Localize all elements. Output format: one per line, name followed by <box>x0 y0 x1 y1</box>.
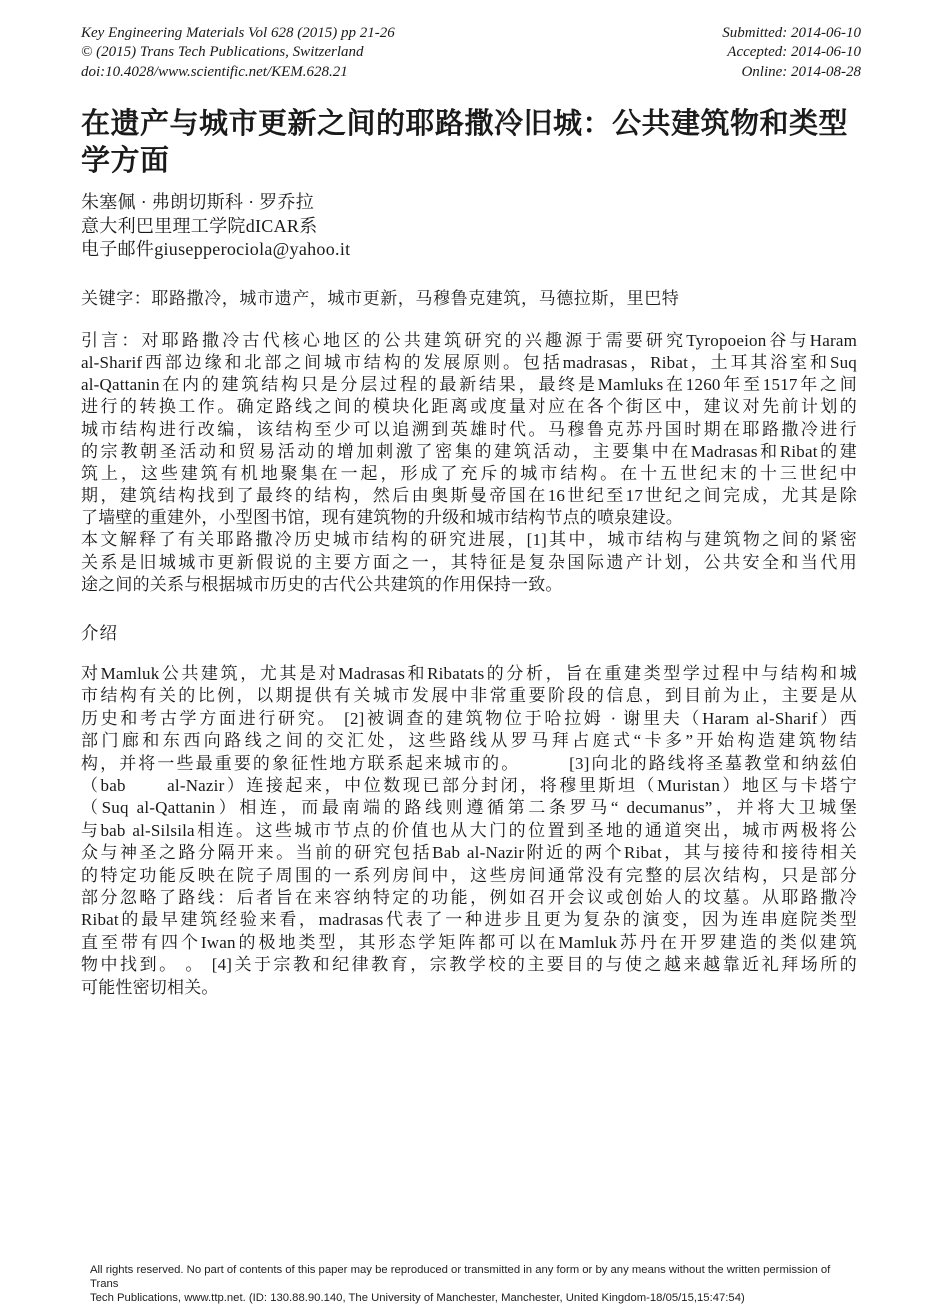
copyright-footer-line: All rights reserved. No part of contents… <box>90 1264 858 1292</box>
body-paragraph: 对Mamluk公共建筑，尤其是对Madrasas和Ribatats的分析，旨在重… <box>81 663 857 999</box>
author-line: 电子邮件giusepperociola@yahoo.it <box>81 238 350 262</box>
keywords-line: 关键字：耶路撒冷，城市遗产，城市更新，马穆鲁克建筑，马德拉斯，里巴特 <box>81 284 679 309</box>
text-line: 可能性密切相关。 <box>81 977 857 999</box>
text-line: 的特定功能反映在院子周围的一系列房间中，这些房间通常没有完整的层次结构，只是部分 <box>81 865 857 887</box>
text-line: 引言：对耶路撒冷古代核心地区的公共建筑研究的兴趣源于需要研究Tyropoeion… <box>81 330 857 352</box>
introduction-paragraph: 引言：对耶路撒冷古代核心地区的公共建筑研究的兴趣源于需要研究Tyropoeion… <box>81 330 857 596</box>
text-line: 物中找到。 。 [4]关于宗教和纪律教育，宗教学校的主要目的与使之越来越靠近礼拜… <box>81 954 857 976</box>
text-line: 部门廊和东西向路线之间的交汇处，这些路线从罗马拜占庭式“卡多”开始构造建筑物结 <box>81 730 857 752</box>
submission-date-line: Submitted: 2014-06-10 <box>722 24 861 43</box>
text-line: 关系是旧城城市更新假说的主要方面之一，其特征是复杂国际遗产计划，公共安全和当代用 <box>81 552 857 574</box>
text-line: （Suq al-Qattanin）相连，而最南端的路线则遵循第二条罗马“ dec… <box>81 797 857 819</box>
text-line: 本文解释了有关耶路撒冷历史城市结构的研究进展，[1]其中，城市结构与建筑物之间的… <box>81 529 857 551</box>
copyright-footer-line: Tech Publications, www.ttp.net. (ID: 130… <box>90 1292 858 1306</box>
author-line: 意大利巴里理工学院dICAR系 <box>81 215 350 239</box>
text-line: 城市结构进行改编，该结构至少可以追溯到英雄时代。马穆鲁克苏丹国时期在耶路撒冷进行 <box>81 419 857 441</box>
text-line: （bab al-Nazir）连接起来，中位数现已部分封闭，将穆里斯坦（Muris… <box>81 775 857 797</box>
text-line: 进行的转换工作。确定路线之间的模块化距离或度量对应在各个街区中，建议对先前计划的 <box>81 396 857 418</box>
text-line: 与bab al-Silsila相连。这些城市节点的价值也从大门的位置到圣地的通道… <box>81 820 857 842</box>
journal-header-line: © (2015) Trans Tech Publications, Switze… <box>81 43 395 62</box>
journal-header-line: doi:10.4028/www.scientific.net/KEM.628.2… <box>81 63 395 82</box>
submission-date-line: Accepted: 2014-06-10 <box>722 43 861 62</box>
text-line: 历史和考古学方面进行研究。 [2]被调查的建筑物位于哈拉姆 · 谢里夫（Hara… <box>81 708 857 730</box>
author-line: 朱塞佩 · 弗朗切斯科 · 罗乔拉 <box>81 191 350 215</box>
text-line: 众与神圣之路分隔开来。当前的研究包括Bab al-Nazir附近的两个Ribat… <box>81 842 857 864</box>
paper-title: 在遗产与城市更新之间的耶路撒冷旧城：公共建筑物和类型学方面 <box>81 106 859 180</box>
journal-header-right: Submitted: 2014-06-10Accepted: 2014-06-1… <box>722 24 861 82</box>
copyright-footer: All rights reserved. No part of contents… <box>90 1264 858 1305</box>
section-heading: 介绍 <box>81 620 118 645</box>
text-line: Ribat的最早建筑经验来看，madrasas代表了一种进步且更为复杂的演变，因… <box>81 909 857 931</box>
journal-header: Key Engineering Materials Vol 628 (2015)… <box>81 24 861 82</box>
text-line: 途之间的关系与根据城市历史的古代公共建筑的作用保持一致。 <box>81 574 857 596</box>
text-line: al-Sharif西部边缘和北部之间城市结构的发展原则。包括madrasas，R… <box>81 352 857 374</box>
text-line: 构，并将一些最重要的象征性地方联系起来城市的。 [3]向北的路线将圣墓教堂和纳兹… <box>81 753 857 775</box>
paper-title-line: 在遗产与城市更新之间的耶路撒冷旧城：公共建筑物和类型 <box>81 106 859 143</box>
author-block: 朱塞佩 · 弗朗切斯科 · 罗乔拉意大利巴里理工学院dICAR系电子邮件gius… <box>81 191 350 262</box>
paper-title-line: 学方面 <box>81 143 859 180</box>
text-line: 筑上，这些建筑有机地聚集在一起，形成了充斥的城市结构。在十五世纪末的十三世纪中 <box>81 463 857 485</box>
text-line: 期，建筑结构找到了最终的结构，然后由奥斯曼帝国在16世纪至17世纪之间完成，尤其… <box>81 485 857 507</box>
journal-header-left: Key Engineering Materials Vol 628 (2015)… <box>81 24 395 82</box>
text-line: 的宗教朝圣活动和贸易活动的增加刺激了密集的建筑活动，主要集中在Madrasas和… <box>81 441 857 463</box>
text-line: 直至带有四个Iwan的极地类型，其形态学矩阵都可以在Mamluk苏丹在开罗建造的… <box>81 932 857 954</box>
paper-page: { "header": { "left_lines": [ "Key Engin… <box>0 0 925 1309</box>
text-line: 部分忽略了路线：后者旨在来容纳特定的功能，例如召开会议或创始人的坟墓。从耶路撒冷 <box>81 887 857 909</box>
text-line: 对Mamluk公共建筑，尤其是对Madrasas和Ribatats的分析，旨在重… <box>81 663 857 685</box>
journal-header-line: Key Engineering Materials Vol 628 (2015)… <box>81 24 395 43</box>
text-line: al-Qattanin在内的建筑结构只是分层过程的最新结果，最终是Mamluks… <box>81 374 857 396</box>
text-line: 了墙壁的重建外，小型图书馆，现有建筑物的升级和城市结构节点的喷泉建设。 <box>81 507 857 529</box>
submission-date-line: Online: 2014-08-28 <box>722 63 861 82</box>
text-line: 市结构有关的比例，以期提供有关城市发展中非常重要阶段的信息，到目前为止，主要是从 <box>81 685 857 707</box>
